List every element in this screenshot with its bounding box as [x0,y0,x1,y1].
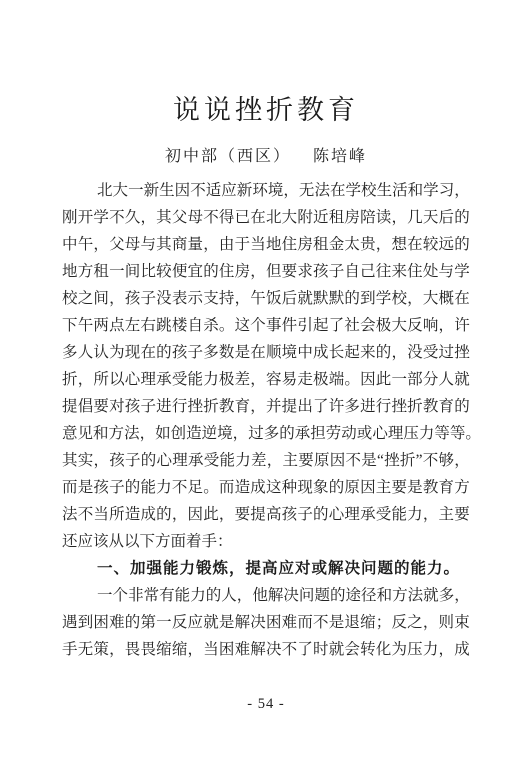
page-title: 说说挫折教育 [0,88,532,127]
text-line: 提倡要对孩子进行挫折教育，并提出了许多进行挫折教育的 [62,393,470,420]
text-line: 遇到困难的第一反应就是解决困难而不是退缩；反之，则束 [62,609,470,636]
text-line: 而是孩子的能力不足。而造成这种现象的原因主要是教育方 [62,474,470,501]
text-line: 地方租一间比较便宜的住房，但要求孩子自己往来住处与学 [62,258,470,285]
byline-affiliation: 初中部（西区） [165,143,291,166]
text-line: 手无策，畏畏缩缩，当困难解决不了时就会转化为压力，成 [62,636,470,663]
body-text: 北大一新生因不适应新环境，无法在学校生活和学习，刚开学不久，其父母不得已在北大附… [62,177,470,663]
text-line: 刚开学不久，其父母不得已在北大附近租房陪读，几天后的 [62,204,470,231]
text-line: 校之间，孩子没表示支持，午饭后就默默的到学校，大概在 [62,285,470,312]
text-line: 北大一新生因不适应新环境，无法在学校生活和学习， [62,177,470,204]
text-line: 下午两点左右跳楼自杀。这个事件引起了社会极大反响，许 [62,312,470,339]
text-line: 法不当所造成的，因此，要提高孩子的心理承受能力，主要 [62,501,470,528]
byline-author: 陈培峰 [313,143,367,166]
text-line: 多人认为现在的孩子多数是在顺境中成长起来的，没受过挫 [62,339,470,366]
text-line: 中午，父母与其商量，由于当地住房租金太贵，想在较远的 [62,231,470,258]
scanned-document-page: 说说挫折教育 初中部（西区） 陈培峰 北大一新生因不适应新环境，无法在学校生活和… [0,0,532,768]
section-heading: 一、加强能力锻炼，提高应对或解决问题的能力。 [62,555,470,582]
byline: 初中部（西区） 陈培峰 [0,143,532,166]
page-number: - 54 - [0,696,532,713]
text-line: 还应该从以下方面着手： [62,528,470,555]
text-line: 其实，孩子的心理承受能力差，主要原因不是“挫折”不够， [62,447,470,474]
text-line: 一个非常有能力的人，他解决问题的途径和方法就多， [62,582,470,609]
text-line: 折，所以心理承受能力极差，容易走极端。因此一部分人就 [62,366,470,393]
text-line: 意见和方法，如创造逆境，过多的承担劳动或心理压力等等。 [62,420,470,447]
